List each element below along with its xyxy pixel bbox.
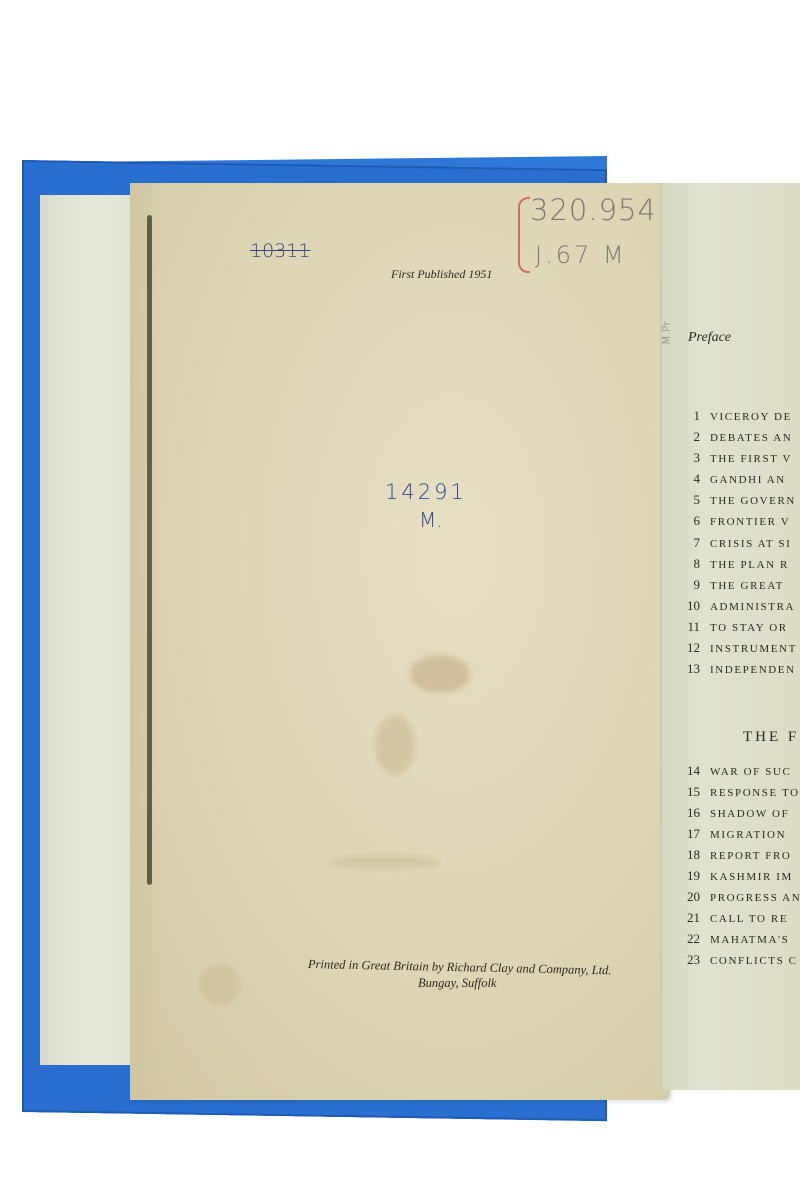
toc-title: KASHMIR IM — [710, 871, 793, 883]
toc-number: 13 — [684, 661, 700, 677]
toc-title: INDEPENDEN — [710, 664, 796, 676]
toc-title: GANDHI AN — [710, 474, 786, 486]
toc-number: 8 — [686, 556, 700, 572]
toc-title: REPORT FRO — [710, 850, 791, 862]
part-two-heading: THE F — [743, 729, 799, 746]
toc-number: 16 — [684, 805, 700, 821]
toc-title: MAHATMA'S — [710, 934, 789, 946]
stain — [200, 965, 240, 1005]
toc-entry: 9THE GREAT — [686, 577, 784, 597]
call-number-line2: J.67 M — [535, 241, 627, 269]
toc-title: SHADOW OF — [710, 808, 789, 820]
toc-number: 3 — [686, 450, 700, 466]
toc-number: 21 — [684, 910, 700, 926]
call-number-line1: 320.954 — [530, 193, 657, 227]
toc-entry: 2DEBATES AN — [686, 429, 792, 449]
toc-number: 6 — [686, 513, 700, 529]
toc-title: ADMINISTRA — [710, 601, 795, 613]
toc-title: TO STAY OR — [710, 622, 788, 634]
toc-entry: 23CONFLICTS C — [684, 952, 798, 972]
toc-title: THE FIRST V — [710, 453, 792, 465]
printer-line-2: Bungay, Suffolk — [418, 976, 496, 991]
toc-title: MIGRATION — [710, 829, 786, 841]
toc-title: CALL TO RE — [710, 913, 788, 925]
toc-number: 10 — [684, 598, 700, 614]
toc-number: 11 — [684, 619, 700, 635]
toc-entry: 5THE GOVERN — [686, 492, 796, 512]
toc-title: PROGRESS AN — [710, 892, 800, 904]
toc-entry: 13INDEPENDEN — [684, 661, 796, 681]
toc-entry: 10ADMINISTRA — [684, 598, 795, 618]
toc-entry: 18REPORT FRO — [684, 847, 791, 867]
toc-number: 7 — [686, 535, 700, 551]
toc-title: CONFLICTS C — [710, 955, 798, 967]
toc-title: VICEROY DE — [710, 411, 792, 423]
toc-number: 17 — [684, 826, 700, 842]
toc-number: 9 — [686, 577, 700, 593]
stain — [330, 855, 440, 869]
toc-entry: 4GANDHI AN — [686, 471, 786, 491]
imprint-text: First Published 1951 — [391, 267, 492, 282]
stain — [410, 655, 470, 693]
preface-heading: Preface — [688, 330, 731, 346]
toc-entry: 14WAR OF SUC — [684, 763, 791, 783]
margin-pencil-note: M.Pr — [660, 321, 673, 345]
toc-entry: 19KASHMIR IM — [684, 868, 793, 888]
toc-entry: 15RESPONSE TO — [684, 784, 800, 804]
toc-number: 20 — [684, 889, 700, 905]
toc-title: THE GOVERN — [710, 495, 796, 507]
toc-entry: 3THE FIRST V — [686, 450, 792, 470]
toc-entry: 1VICEROY DE — [686, 408, 792, 428]
red-bracket-mark — [518, 197, 530, 273]
toc-entry: 7CRISIS AT SI — [686, 535, 791, 555]
handwritten-letter: M. — [419, 508, 443, 532]
toc-number: 5 — [686, 492, 700, 508]
toc-number: 23 — [684, 952, 700, 968]
toc-number: 18 — [684, 847, 700, 863]
toc-number: 1 — [686, 408, 700, 424]
toc-number: 15 — [684, 784, 700, 800]
toc-title: DEBATES AN — [710, 432, 792, 444]
toc-entry: 22MAHATMA'S — [684, 931, 789, 951]
toc-number: 19 — [684, 868, 700, 884]
toc-entry: 16SHADOW OF — [684, 805, 789, 825]
toc-entry: 21CALL TO RE — [684, 910, 788, 930]
accession-number: 10311 — [250, 240, 310, 262]
handwritten-number: 14291 — [385, 480, 467, 504]
toc-entry: 17MIGRATION — [684, 826, 786, 846]
toc-title: THE GREAT — [710, 580, 784, 592]
toc-entry: 8THE PLAN R — [686, 556, 789, 576]
toc-title: FRONTIER V — [710, 516, 790, 528]
toc-entry: 20PROGRESS AN — [684, 889, 800, 909]
toc-title: CRISIS AT SI — [710, 538, 791, 550]
toc-title: RESPONSE TO — [710, 787, 800, 799]
toc-entry: 6FRONTIER V — [686, 513, 790, 533]
toc-title: INSTRUMENT — [710, 643, 797, 655]
toc-title: WAR OF SUC — [710, 766, 791, 778]
toc-entry: 12INSTRUMENT — [684, 640, 797, 660]
toc-number: 2 — [686, 429, 700, 445]
torn-gutter — [147, 215, 152, 885]
toc-number: 12 — [684, 640, 700, 656]
toc-number: 4 — [686, 471, 700, 487]
toc-title: THE PLAN R — [710, 559, 789, 571]
stain — [375, 715, 415, 775]
toc-entry: 11TO STAY OR — [684, 619, 788, 639]
toc-number: 22 — [684, 931, 700, 947]
toc-number: 14 — [684, 763, 700, 779]
